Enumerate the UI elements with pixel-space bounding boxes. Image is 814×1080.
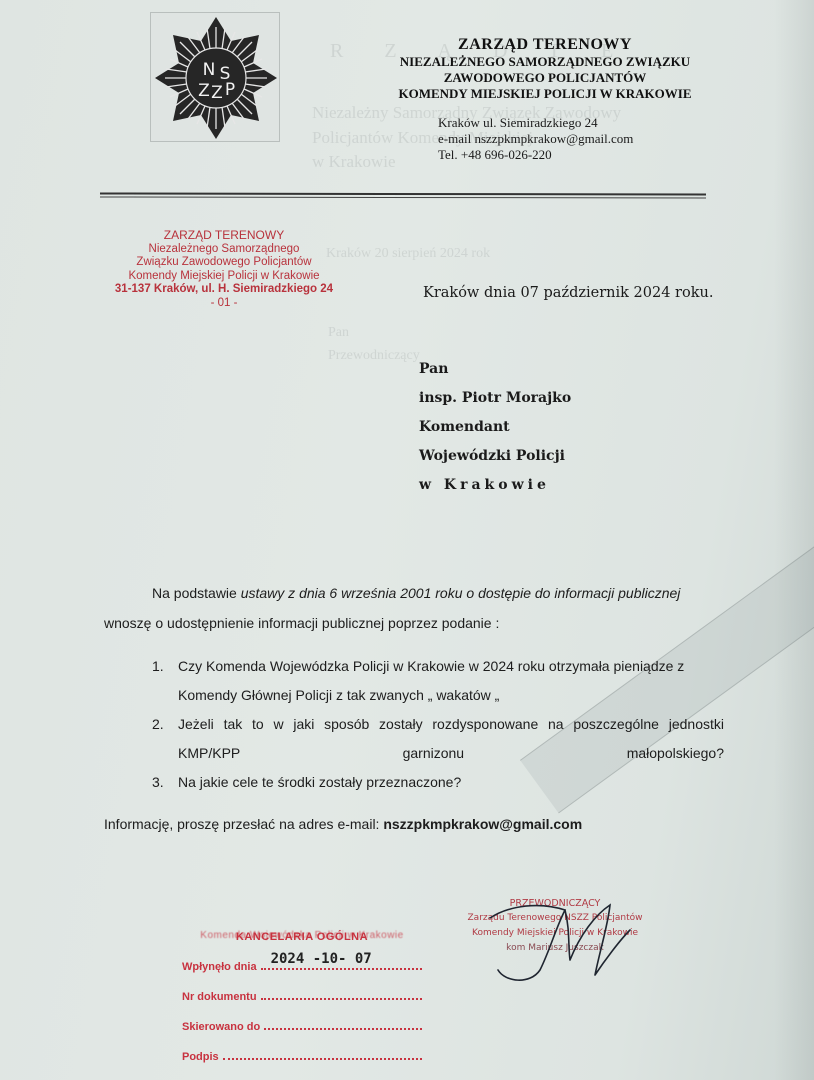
registry-field-label: Nr dokumentu xyxy=(182,991,257,1003)
letter-body: Na podstawie ustawy z dnia 6 września 20… xyxy=(104,578,724,638)
letterhead-divider xyxy=(100,192,706,198)
question-number: 3. xyxy=(152,768,164,797)
svg-text:N: N xyxy=(203,60,216,80)
nszzp-star-badge-icon: N S Z Z P xyxy=(151,13,281,143)
registry-stamp: Komenda Wojewódzka Policji w Krakowie KA… xyxy=(182,930,422,1063)
addressee-block: Pan insp. Piotr Morajko Komendant Wojewó… xyxy=(419,360,571,505)
sender-stamp-line-1: ZARZĄD TERENOWY xyxy=(74,229,374,243)
intro-prefix: Na podstawie xyxy=(152,585,241,601)
registry-field-label: Podpis xyxy=(182,1051,219,1063)
letterhead-title: ZARZĄD TERENOWY NIEZALEŻNEGO SAMORZĄDNEG… xyxy=(360,36,730,102)
svg-text:P: P xyxy=(225,80,235,100)
received-date-value: 2024 -10- 07 xyxy=(271,951,372,967)
addressee-line-1: Pan xyxy=(419,360,571,389)
registry-field-line: 2024 -10- 07 xyxy=(261,968,422,970)
email-request-text: Informację, proszę przesłać na adres e-m… xyxy=(104,816,383,832)
letter-page: R Z Ą D T E Niezależny Samorządny Związe… xyxy=(0,0,814,1080)
signature-stamp: PRZEWODNICZĄCY Zarządu Terenowego NSZZ P… xyxy=(450,896,660,956)
svg-text:Z: Z xyxy=(211,83,223,103)
sender-stamp-line-3: Związku Zawodowego Policjantów xyxy=(74,256,374,270)
registry-stamp-header: Komenda Wojewódzka Policji w Krakowie xyxy=(182,930,422,941)
sender-stamp-line-4: Komendy Miejskiej Policji w Krakowie xyxy=(74,270,374,284)
svg-text:Z: Z xyxy=(198,81,210,101)
question-item: 2.Jeżeli tak to w jaki sposób zostały ro… xyxy=(152,710,724,768)
question-item: 3.Na jakie cele te środki zostały przezn… xyxy=(152,768,724,797)
intro-law-citation: ustawy z dnia 6 września 2001 roku o dos… xyxy=(241,585,681,601)
signature-stamp-title: PRZEWODNICZĄCY xyxy=(450,896,660,911)
sender-stamp-line-5: 31-137 Kraków, ul. H. Siemiradzkiego 24 xyxy=(74,283,374,297)
questions-list: 1.Czy Komenda Wojewódzka Policji w Krako… xyxy=(152,652,724,797)
registry-field-document-number: Nr dokumentu xyxy=(182,973,422,1003)
signature-stamp-name: kom Mariusz Juszczak xyxy=(450,941,660,956)
letterhead-line-2: NIEZALEŻNEGO SAMORZĄDNEGO ZWIĄZKU xyxy=(360,54,730,70)
question-text: Czy Komenda Wojewódzka Policji w Krakowi… xyxy=(178,658,684,703)
letterhead-line-1: ZARZĄD TERENOWY xyxy=(360,36,730,54)
question-number: 2. xyxy=(152,710,164,739)
registry-field-label: Wpłynęło dnia xyxy=(182,961,257,973)
email-request: Informację, proszę przesłać na adres e-m… xyxy=(104,816,582,832)
addressee-line-4: Wojewódzki Policji xyxy=(419,447,571,476)
intro-suffix: wnoszę o udostępnienie informacji public… xyxy=(104,615,499,631)
letterhead-email: e-mail nszzpkmpkrakow@gmail.com xyxy=(438,131,633,147)
sender-stamp-line-6: - 01 - xyxy=(74,297,374,311)
signature-stamp-line-3: Komendy Miejskiej Policji w Krakowie xyxy=(450,926,660,941)
registry-field-directed-to: Skierowano do xyxy=(182,1003,422,1033)
page-edge-shadow xyxy=(774,0,814,1080)
registry-field-label: Skierowano do xyxy=(182,1021,260,1033)
question-text: Na jakie cele te środki zostały przeznac… xyxy=(178,774,461,790)
letterhead-line-3: ZAWODOWEGO POLICJANTÓW xyxy=(360,70,730,86)
registry-field-signature: Podpis xyxy=(182,1033,422,1063)
nszzp-logo: N S Z Z P xyxy=(150,12,280,142)
sender-stamp: ZARZĄD TERENOWY Niezależnego Samorządneg… xyxy=(74,229,374,310)
question-text: Jeżeli tak to w jaki sposób zostały rozd… xyxy=(178,716,724,761)
show-through-text: Pan xyxy=(328,325,349,341)
show-through-text: Przewodniczący xyxy=(328,348,420,364)
registry-field-line xyxy=(264,1028,422,1030)
question-number: 1. xyxy=(152,652,164,681)
signature-stamp-line-2: Zarządu Terenowego NSZZ Policjantów xyxy=(450,911,660,926)
intro-paragraph: Na podstawie ustawy z dnia 6 września 20… xyxy=(104,578,724,638)
addressee-line-3: Komendant xyxy=(419,418,571,447)
letter-date: Kraków dnia 07 październik 2024 roku. xyxy=(423,285,713,301)
addressee-line-5: w Krakowie xyxy=(419,476,571,505)
registry-field-line xyxy=(223,1058,422,1060)
sender-stamp-line-2: Niezależnego Samorządnego xyxy=(74,243,374,257)
show-through-text: w Krakowie xyxy=(312,152,396,172)
letterhead-contact: Kraków ul. Siemiradzkiego 24 e-mail nszz… xyxy=(438,115,633,163)
addressee-line-2: insp. Piotr Morajko xyxy=(419,389,571,418)
registry-field-received: Wpłynęło dnia 2024 -10- 07 xyxy=(182,943,422,973)
letterhead-line-4: KOMENDY MIEJSKIEJ POLICJI W KRAKOWIE xyxy=(360,86,730,102)
letterhead-phone: Tel. +48 696-026-220 xyxy=(438,147,633,163)
letterhead-address: Kraków ul. Siemiradzkiego 24 xyxy=(438,115,633,131)
email-request-address: nszzpkmpkrakow@gmail.com xyxy=(383,816,582,832)
question-item: 1.Czy Komenda Wojewódzka Policji w Krako… xyxy=(152,652,724,710)
registry-field-line xyxy=(261,998,422,1000)
